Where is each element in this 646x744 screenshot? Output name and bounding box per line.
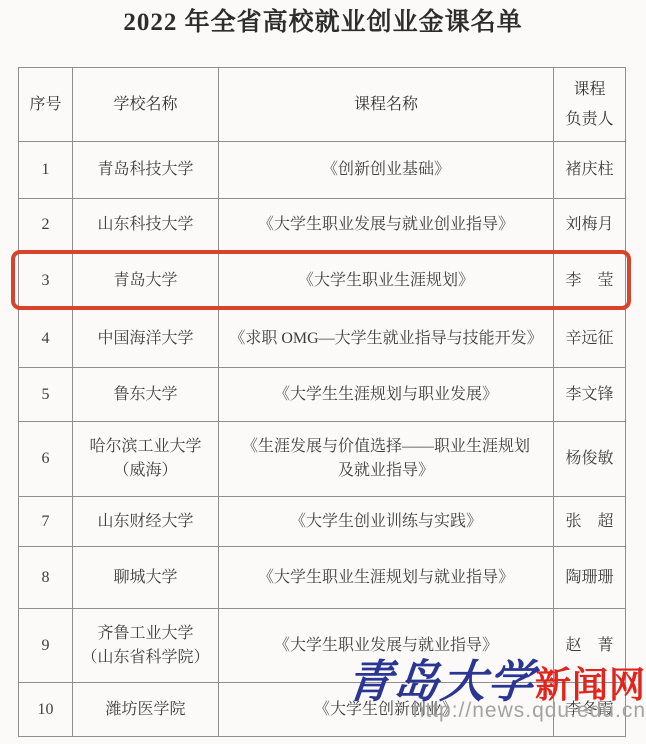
cell-no: 5 [19,368,73,422]
cell-no: 1 [19,142,73,199]
cell-no: 7 [19,497,73,547]
table-row: 5 鲁东大学 《大学生生涯规划与职业发展》 李文锋 [19,368,626,422]
cell-leader: 张 超 [554,497,626,547]
header-cell-no: 序号 [19,68,73,142]
cell-no: 3 [19,252,73,310]
cell-school: 齐鲁工业大学 （山东省科学院） [73,609,219,683]
table-row: 7 山东财经大学 《大学生创业训练与实践》 张 超 [19,497,626,547]
cell-leader: 辛远征 [554,310,626,368]
cell-course: 《创新创业基础》 [219,142,554,199]
cell-leader: 杨俊敏 [554,422,626,497]
watermark: 青岛大学 新闻网 http://news.qdu.edu.cn [330,658,646,723]
table-row: 2 山东科技大学 《大学生职业发展与就业创业指导》 刘梅月 [19,199,626,252]
cell-course: 《生涯发展与价值选择——职业生涯规划 及就业指导》 [219,422,554,497]
cell-no: 6 [19,422,73,497]
cell-course: 《求职 OMG—大学生就业指导与技能开发》 [219,310,554,368]
cell-no: 8 [19,547,73,609]
cell-leader: 李文锋 [554,368,626,422]
cell-school: 潍坊医学院 [73,683,219,737]
page-title: 2022 年全省高校就业创业金课名单 [0,6,646,40]
table-row-highlighted: 3 青岛大学 《大学生职业生涯规划》 李 莹 [19,252,626,310]
cell-school: 鲁东大学 [73,368,219,422]
cell-no: 10 [19,683,73,737]
cell-leader: 陶珊珊 [554,547,626,609]
table-header-row: 序号 学校名称 课程名称 课程 负责人 [19,68,626,142]
header-cell-school: 学校名称 [73,68,219,142]
table-row: 4 中国海洋大学 《求职 OMG—大学生就业指导与技能开发》 辛远征 [19,310,626,368]
cell-leader: 李 莹 [554,252,626,310]
table-row: 8 聊城大学 《大学生职业生涯规划与就业指导》 陶珊珊 [19,547,626,609]
cell-leader: 刘梅月 [554,199,626,252]
cell-no: 4 [19,310,73,368]
cell-no: 9 [19,609,73,683]
course-list-table: 序号 学校名称 课程名称 课程 负责人 1 青岛科技大学 《创新创业基础》 褚庆… [18,67,626,737]
cell-course: 《大学生职业生涯规划与就业指导》 [219,547,554,609]
cell-course: 《大学生职业生涯规划》 [219,252,554,310]
cell-school: 青岛大学 [73,252,219,310]
cell-school: 青岛科技大学 [73,142,219,199]
cell-course: 《大学生生涯规划与职业发展》 [219,368,554,422]
cell-course: 《大学生职业发展与就业创业指导》 [219,199,554,252]
watermark-site-name: 青岛大学 [344,658,537,706]
cell-no: 2 [19,199,73,252]
cell-school: 山东财经大学 [73,497,219,547]
table-row: 6 哈尔滨工业大学 （威海） 《生涯发展与价值选择——职业生涯规划 及就业指导》… [19,422,626,497]
cell-school: 山东科技大学 [73,199,219,252]
table-row: 1 青岛科技大学 《创新创业基础》 褚庆柱 [19,142,626,199]
cell-course: 《大学生创业训练与实践》 [219,497,554,547]
cell-school: 聊城大学 [73,547,219,609]
header-cell-course: 课程名称 [219,68,554,142]
cell-leader: 褚庆柱 [554,142,626,199]
cell-school: 哈尔滨工业大学 （威海） [73,422,219,497]
header-cell-leader: 课程 负责人 [554,68,626,142]
cell-school: 中国海洋大学 [73,310,219,368]
